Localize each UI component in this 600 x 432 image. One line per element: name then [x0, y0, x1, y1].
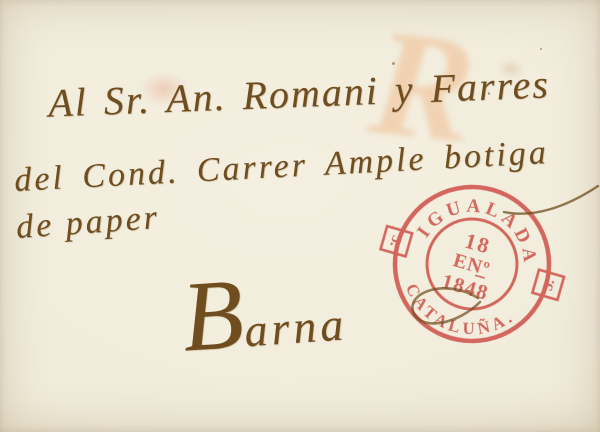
address-line-1: Al Sr. An. Romani y Farres: [47, 60, 550, 126]
destination-rest: arna: [243, 298, 349, 356]
letter-cover: R IGUALADA CATALUÑA. 18 ENº 1848 5. 5. A…: [0, 0, 600, 432]
destination-word: Barna: [179, 256, 350, 367]
ink-speck: [392, 62, 395, 65]
address-line-3: de paper: [15, 199, 161, 247]
ink-speck: [540, 48, 542, 50]
destination-initial: B: [178, 258, 247, 373]
